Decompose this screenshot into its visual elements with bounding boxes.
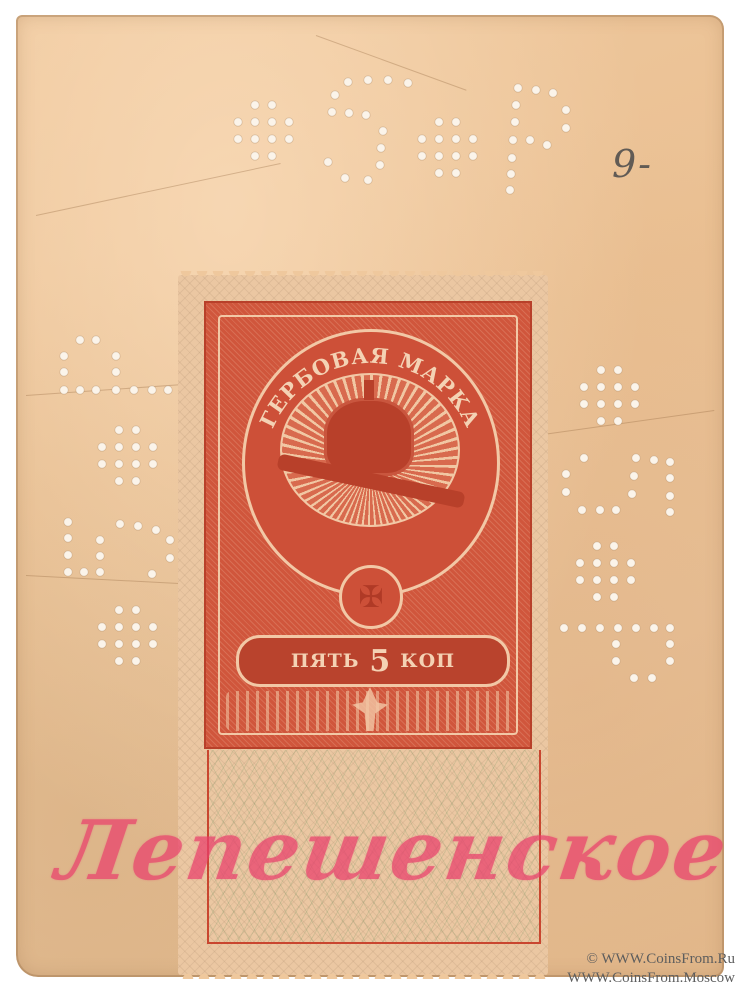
- stamp-design: ГЕРБОВАЯ МАРКА ✠ ПЯТЬ 5 КОП: [204, 301, 532, 749]
- value-banner: ПЯТЬ 5 КОП: [236, 635, 510, 687]
- value-word-left: ПЯТЬ: [291, 650, 360, 672]
- svg-text:ГЕРБОВАЯ МАРКА: ГЕРБОВАЯ МАРКА: [255, 343, 486, 432]
- stamp-perforation-edge: [178, 971, 548, 979]
- value-word-right: КОП: [400, 650, 455, 672]
- watermark-line-1: © WWW.CoinsFrom.Ru: [567, 950, 735, 969]
- paper-crease: [26, 575, 186, 584]
- stamp-perforation-edge: [178, 271, 548, 279]
- handwritten-note: 9-: [612, 142, 653, 186]
- overprint-stamp: Лепешенское: [50, 796, 695, 906]
- paper-crease: [36, 163, 281, 216]
- paper-crease: [316, 35, 467, 91]
- stamp-title: ГЕРБОВАЯ МАРКА: [206, 303, 534, 603]
- value-number: 5: [369, 644, 390, 679]
- watermark: © WWW.CoinsFrom.Ru WWW.CoinsFrom.Moscow: [567, 950, 735, 988]
- eagle-icon: ✠: [339, 565, 403, 629]
- watermark-line-2: WWW.CoinsFrom.Moscow: [567, 969, 735, 988]
- paper-crease: [536, 410, 714, 436]
- paper-crease: [26, 383, 196, 396]
